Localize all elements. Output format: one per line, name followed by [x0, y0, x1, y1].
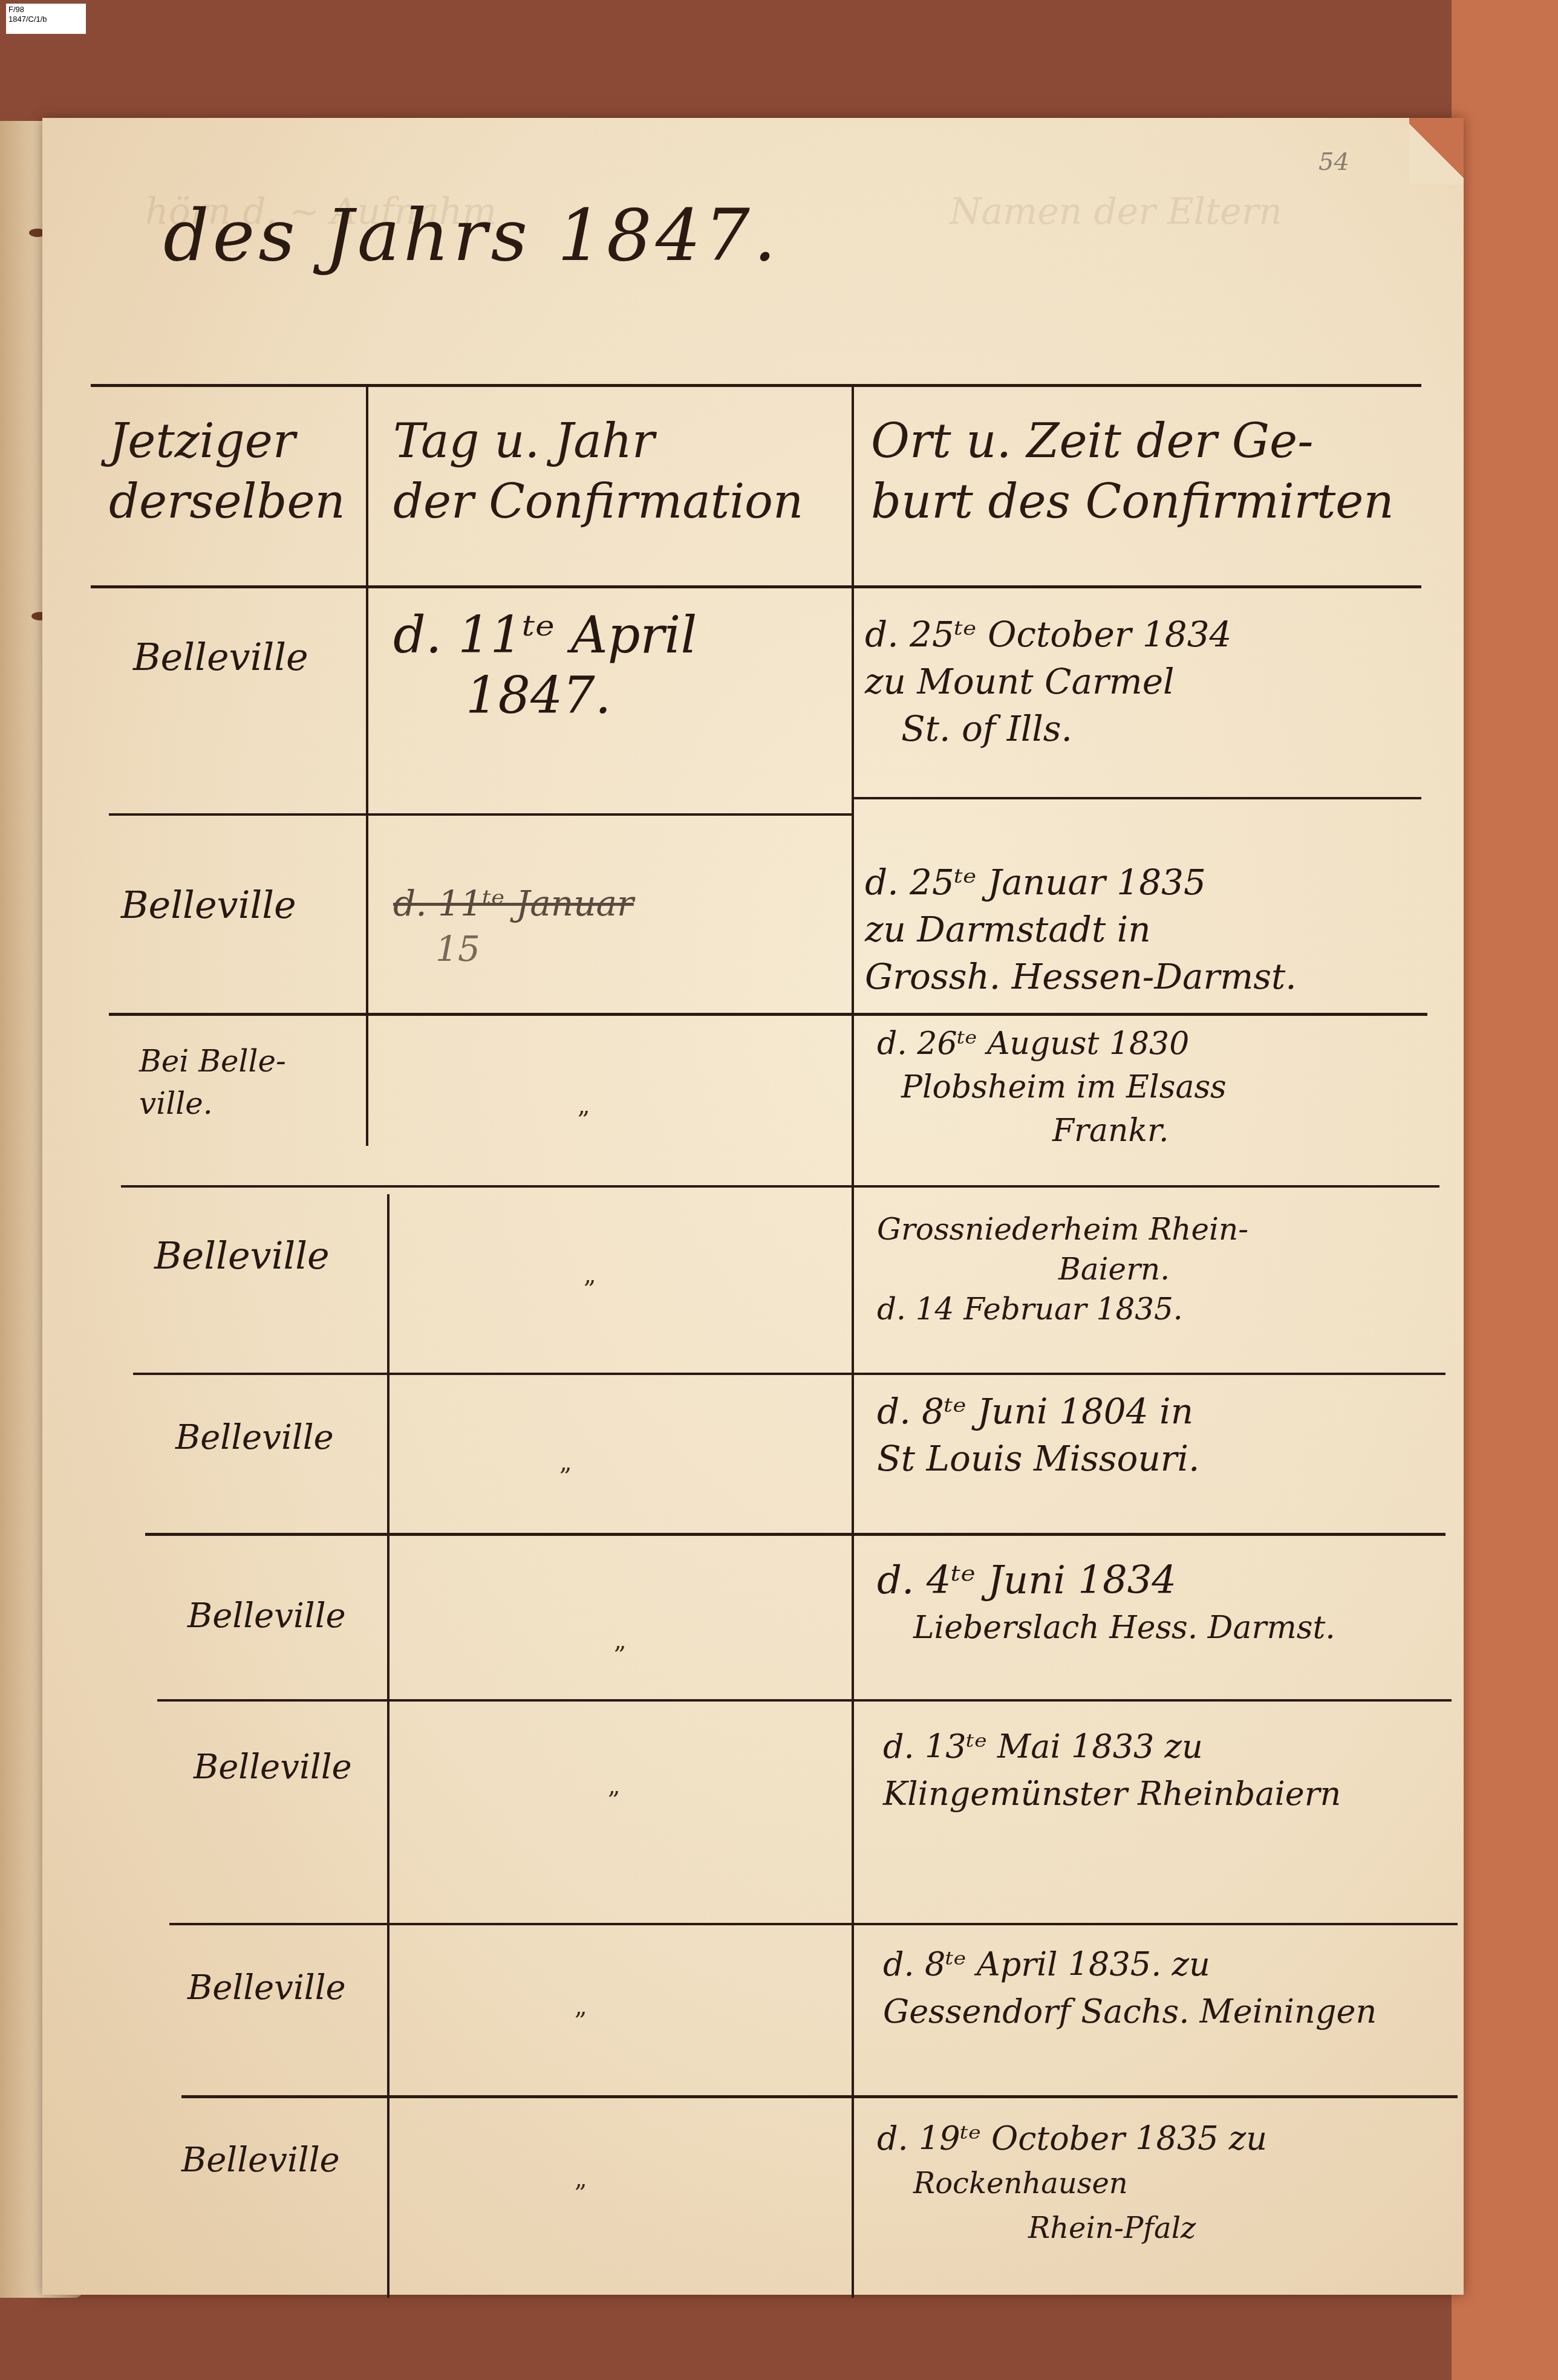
column-header-residence: Jetziger derselben — [109, 411, 345, 532]
birth-cell: d. 25ᵗᵉ Januar 1835 zu Darmstadt in Gros… — [865, 859, 1297, 1000]
confirmation-cell: d. 11ᵗᵉ April 1847. — [393, 605, 697, 726]
row-rule — [169, 1923, 1458, 1925]
birth-cell: d. 26ᵗᵉ August 1830 Plobsheim im Elsass … — [877, 1022, 1227, 1153]
row-rule — [109, 813, 853, 816]
column-rule — [366, 387, 368, 1146]
confirmation-cell-struck: d. 11ᵗᵉ Januar — [393, 880, 634, 927]
ditto-mark: „ — [608, 1772, 621, 1800]
bleed-through-text: Namen der Eltern — [950, 190, 1282, 233]
residence-cell: Belleville — [154, 1234, 330, 1278]
background-border — [1452, 0, 1558, 2380]
row-rule — [121, 1185, 1439, 1188]
residence-cell: Belleville — [187, 1596, 346, 1636]
confirmation-cell-note: 15 — [435, 925, 480, 972]
residence-cell: Belleville — [194, 1748, 352, 1787]
ditto-mark: „ — [614, 1627, 627, 1654]
ditto-mark: „ — [575, 1992, 587, 2020]
row-rule — [181, 2095, 1458, 2098]
column-rule — [387, 1194, 389, 2298]
row-rule — [109, 1013, 1427, 1016]
header-bottom-rule — [91, 585, 1421, 588]
birth-cell: d. 13ᵗᵉ Mai 1833 zu Klingemünster Rheinb… — [883, 1723, 1341, 1818]
birth-cell: d. 8ᵗᵉ April 1835. zu Gessendorf Sachs. … — [883, 1941, 1377, 2035]
column-header-birth: Ort u. Zeit der Ge- burt des Confirmirte… — [871, 411, 1394, 532]
ditto-mark: „ — [578, 1091, 590, 1119]
table-top-rule — [91, 384, 1421, 387]
row-rule — [853, 797, 1421, 799]
birth-cell: d. 8ᵗᵉ Juni 1804 in St Louis Missouri. — [877, 1388, 1199, 1482]
residence-cell: Belleville — [181, 2141, 340, 2180]
ditto-mark: „ — [584, 1261, 596, 1289]
column-rule — [852, 387, 854, 2298]
residence-cell: Belleville — [175, 1418, 334, 1457]
archive-label-line1: F/98 — [8, 5, 83, 15]
page-corner-fold — [1409, 118, 1464, 184]
row-rule — [145, 1533, 1446, 1536]
birth-cell: d. 25ᵗᵉ October 1834 zu Mount Carmel St.… — [865, 611, 1231, 752]
residence-cell: Belleville — [187, 1968, 346, 2008]
birth-cell: d. 4ᵗᵉ Juni 1834 Lieberslach Hess. Darms… — [877, 1557, 1335, 1651]
archive-label: F/98 1847/C/1/b — [6, 4, 86, 34]
archive-label-line2: 1847/C/1/b — [8, 15, 83, 24]
row-rule — [157, 1699, 1452, 1702]
residence-cell: Belleville — [133, 635, 308, 679]
ditto-mark: „ — [575, 2165, 587, 2193]
column-header-confirmation: Tag u. Jahr der Confirmation — [393, 411, 803, 532]
residence-cell: Belleville — [121, 883, 296, 927]
folio-number: 54 — [1318, 148, 1349, 176]
row-rule — [133, 1373, 1446, 1375]
page-heading: des Jahrs 1847. — [163, 193, 780, 277]
birth-cell: Grossniederheim Rhein- Baiern. d. 14 Feb… — [877, 1209, 1248, 1329]
residence-cell: Bei Belle- ville. — [139, 1040, 286, 1125]
birth-cell: d. 19ᵗᵉ October 1835 zu Rockenhausen Rhe… — [877, 2116, 1267, 2251]
ditto-mark: „ — [559, 1448, 572, 1476]
